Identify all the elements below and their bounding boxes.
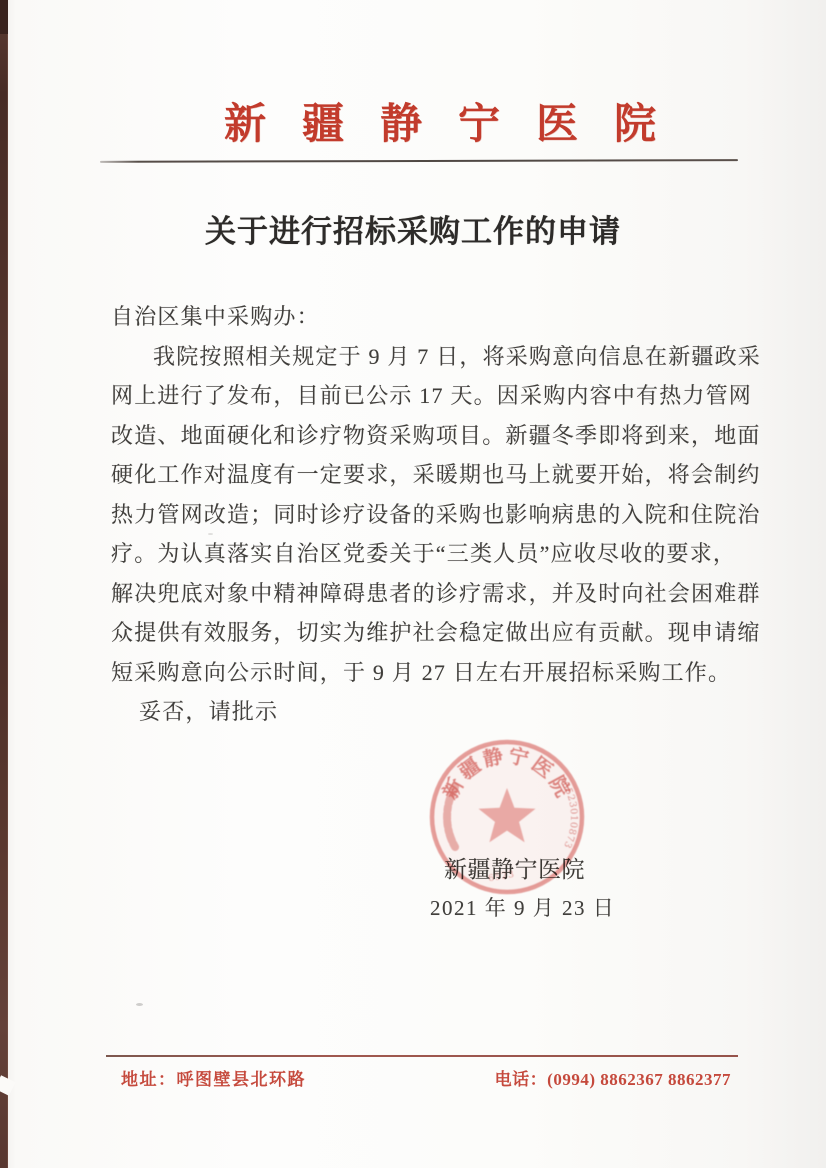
body-line-closing: 妥否，请批示 — [111, 692, 751, 732]
seal-ring-text: 新疆静宁医院 — [438, 743, 577, 803]
scanned-letter-page: 新疆静宁医院 关于进行招标采购工作的申请 自治区集中采购办： 我院按照相关规定于… — [0, 0, 826, 1168]
body-line: 众提供有效服务，切实为维护社会稳定做出应有贡献。现申请缩 — [111, 613, 751, 653]
signature-date: 2021 年 9 月 23 日 — [430, 892, 615, 922]
seal-code-text: 6523010873 — [559, 780, 579, 850]
scan-edge-corner — [0, 0, 8, 34]
body-line: 改造、地面硬化和诊疗物资采购项目。新疆冬季即将到来，地面 — [111, 416, 751, 456]
signature-org-name: 新疆静宁医院 — [444, 851, 585, 884]
body-line: 热力管网改造；同时诊疗设备的采购也影响病患的入院和住院治 — [111, 495, 751, 535]
svg-text:新疆静宁医院: 新疆静宁医院 — [438, 743, 577, 803]
letterhead-rule — [100, 159, 738, 163]
body-line-salutation: 自治区集中采购办： — [111, 297, 751, 337]
scan-edge-strip — [0, 0, 8, 1168]
svg-text:6523010873: 6523010873 — [559, 780, 579, 850]
scan-speck — [136, 1003, 143, 1006]
body-line: 疗。为认真落实自治区党委关于“三类人员”应收尽收的要求， — [111, 534, 751, 574]
body-line: 我院按照相关规定于 9 月 7 日，将采购意向信息在新疆政采 — [111, 337, 751, 377]
body-line: 解决兜底对象中精神障碍患者的诊疗需求，并及时向社会困难群 — [111, 574, 751, 614]
seal-uyghur-script — [447, 787, 455, 847]
body-line: 网上进行了发布，目前已公示 17 天。因采购内容中有热力管网 — [111, 376, 751, 416]
letterhead-org-name: 新疆静宁医院 — [224, 102, 692, 148]
body-line: 硬化工作对温度有一定要求，采暖期也马上就要开始，将会制约 — [111, 455, 751, 495]
footer-address: 地址：呼图壁县北环路 — [121, 1065, 306, 1090]
document-title: 关于进行招标采购工作的申请 — [0, 206, 826, 251]
footer-rule — [106, 1055, 738, 1057]
footer-phone: 电话：(0994) 8862367 8862377 — [495, 1065, 731, 1090]
scan-edge-notch — [0, 1075, 15, 1095]
letter-body: 自治区集中采购办： 我院按照相关规定于 9 月 7 日，将采购意向信息在新疆政采… — [111, 297, 751, 732]
body-line: 短采购意向公示时间，于 9 月 27 日左右开展招标采购工作。 — [111, 653, 751, 693]
seal-star-icon — [479, 788, 536, 842]
